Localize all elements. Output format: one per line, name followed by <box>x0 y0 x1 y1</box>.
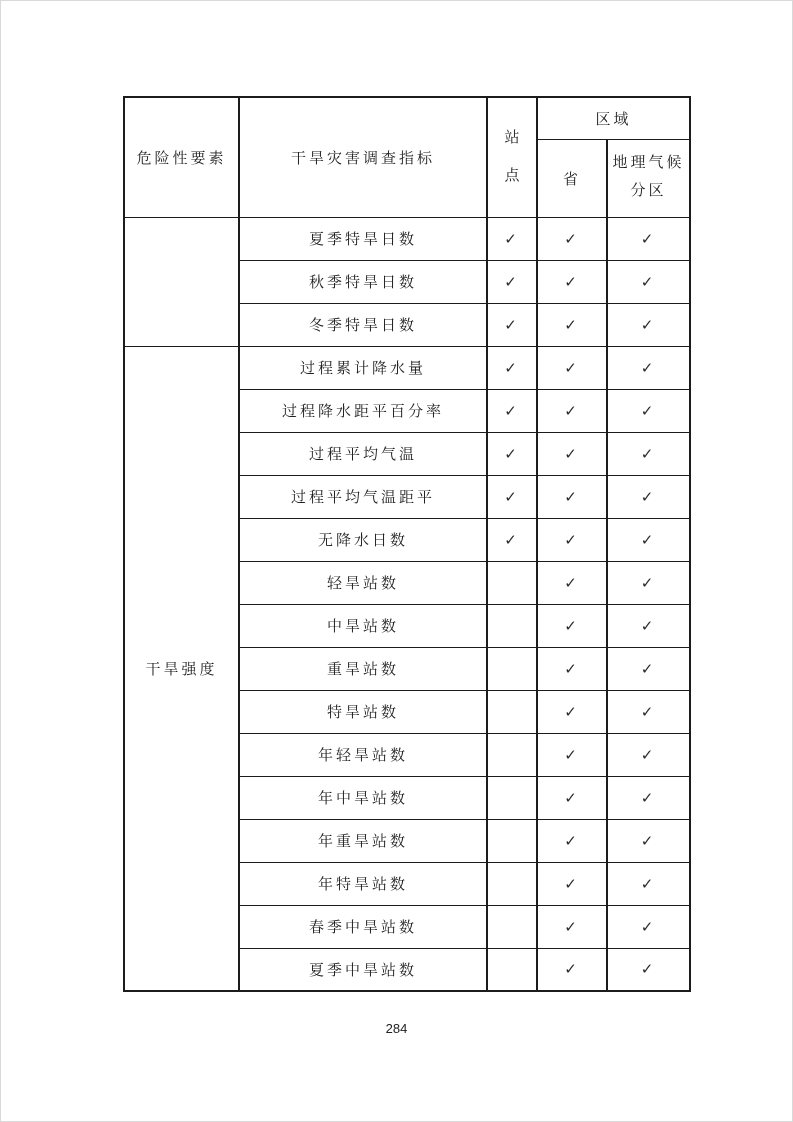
check-icon: ✓ <box>504 402 520 420</box>
indicator-cell: 年特旱站数 <box>239 862 487 905</box>
check-icon: ✓ <box>504 273 520 291</box>
station-check-cell <box>487 819 537 862</box>
station-check-cell: ✓ <box>487 260 537 303</box>
indicator-cell: 特旱站数 <box>239 690 487 733</box>
station-check-cell: ✓ <box>487 346 537 389</box>
check-icon: ✓ <box>504 531 520 549</box>
province-check-cell: ✓ <box>537 948 607 991</box>
hazard-factor-cell <box>124 217 239 346</box>
col-header-region: 区域 <box>537 97 690 139</box>
check-icon: ✓ <box>564 660 580 678</box>
check-icon: ✓ <box>564 316 580 334</box>
document-page: 危险性要素 干旱灾害调查指标 站点 区域 省 地理气候分区 夏季特旱日数✓✓✓秋… <box>0 0 793 1122</box>
station-check-cell <box>487 862 537 905</box>
check-icon: ✓ <box>564 531 580 549</box>
indicator-cell: 夏季特旱日数 <box>239 217 487 260</box>
check-icon: ✓ <box>564 617 580 635</box>
check-icon: ✓ <box>641 789 657 807</box>
check-icon: ✓ <box>564 789 580 807</box>
station-check-cell <box>487 604 537 647</box>
station-check-cell: ✓ <box>487 475 537 518</box>
check-icon: ✓ <box>504 445 520 463</box>
col-header-indicator: 干旱灾害调查指标 <box>239 97 487 217</box>
province-check-cell: ✓ <box>537 346 607 389</box>
check-icon: ✓ <box>641 273 657 291</box>
check-icon: ✓ <box>564 832 580 850</box>
geo-climate-check-cell: ✓ <box>607 561 690 604</box>
province-check-cell: ✓ <box>537 647 607 690</box>
check-icon: ✓ <box>564 359 580 377</box>
check-icon: ✓ <box>641 230 657 248</box>
station-check-cell: ✓ <box>487 217 537 260</box>
check-icon: ✓ <box>564 402 580 420</box>
check-icon: ✓ <box>564 875 580 893</box>
check-icon: ✓ <box>641 531 657 549</box>
geo-climate-check-cell: ✓ <box>607 776 690 819</box>
indicator-cell: 过程平均气温 <box>239 432 487 475</box>
check-icon: ✓ <box>641 746 657 764</box>
indicator-cell: 年重旱站数 <box>239 819 487 862</box>
geo-climate-check-cell: ✓ <box>607 905 690 948</box>
geo-climate-check-cell: ✓ <box>607 733 690 776</box>
province-check-cell: ✓ <box>537 776 607 819</box>
geo-climate-check-cell: ✓ <box>607 819 690 862</box>
station-check-cell <box>487 733 537 776</box>
indicator-cell: 年中旱站数 <box>239 776 487 819</box>
check-icon: ✓ <box>564 960 580 978</box>
header-row-top: 危险性要素 干旱灾害调查指标 站点 区域 <box>124 97 690 139</box>
station-check-cell: ✓ <box>487 303 537 346</box>
station-check-cell: ✓ <box>487 389 537 432</box>
indicator-cell: 年轻旱站数 <box>239 733 487 776</box>
check-icon: ✓ <box>564 703 580 721</box>
geo-climate-check-cell: ✓ <box>607 948 690 991</box>
check-icon: ✓ <box>641 660 657 678</box>
check-icon: ✓ <box>641 359 657 377</box>
table-row: 干旱强度过程累计降水量✓✓✓ <box>124 346 690 389</box>
hazard-factor-cell: 干旱强度 <box>124 346 239 991</box>
check-icon: ✓ <box>641 574 657 592</box>
check-icon: ✓ <box>564 746 580 764</box>
indicator-cell: 中旱站数 <box>239 604 487 647</box>
check-icon: ✓ <box>564 230 580 248</box>
check-icon: ✓ <box>641 832 657 850</box>
check-icon: ✓ <box>641 445 657 463</box>
province-check-cell: ✓ <box>537 690 607 733</box>
geo-climate-check-cell: ✓ <box>607 217 690 260</box>
check-icon: ✓ <box>641 402 657 420</box>
col-header-hazard-factor: 危险性要素 <box>124 97 239 217</box>
check-icon: ✓ <box>504 316 520 334</box>
indicator-cell: 春季中旱站数 <box>239 905 487 948</box>
drought-indicator-table: 危险性要素 干旱灾害调查指标 站点 区域 省 地理气候分区 夏季特旱日数✓✓✓秋… <box>123 96 691 992</box>
check-icon: ✓ <box>564 918 580 936</box>
station-check-cell <box>487 776 537 819</box>
page-number: 284 <box>1 1021 792 1036</box>
check-icon: ✓ <box>641 960 657 978</box>
station-check-cell: ✓ <box>487 518 537 561</box>
check-icon: ✓ <box>641 617 657 635</box>
indicator-cell: 过程累计降水量 <box>239 346 487 389</box>
geo-climate-check-cell: ✓ <box>607 475 690 518</box>
station-check-cell <box>487 690 537 733</box>
province-check-cell: ✓ <box>537 604 607 647</box>
check-icon: ✓ <box>504 488 520 506</box>
province-check-cell: ✓ <box>537 260 607 303</box>
geo-climate-check-cell: ✓ <box>607 389 690 432</box>
province-check-cell: ✓ <box>537 518 607 561</box>
province-check-cell: ✓ <box>537 819 607 862</box>
province-check-cell: ✓ <box>537 905 607 948</box>
geo-climate-check-cell: ✓ <box>607 432 690 475</box>
check-icon: ✓ <box>641 316 657 334</box>
check-icon: ✓ <box>564 445 580 463</box>
province-check-cell: ✓ <box>537 217 607 260</box>
indicator-cell: 秋季特旱日数 <box>239 260 487 303</box>
indicator-cell: 夏季中旱站数 <box>239 948 487 991</box>
table-header: 危险性要素 干旱灾害调查指标 站点 区域 省 地理气候分区 <box>124 97 690 217</box>
province-check-cell: ✓ <box>537 432 607 475</box>
province-check-cell: ✓ <box>537 475 607 518</box>
station-check-cell: ✓ <box>487 432 537 475</box>
station-check-cell <box>487 905 537 948</box>
geo-climate-check-cell: ✓ <box>607 303 690 346</box>
indicator-cell: 冬季特旱日数 <box>239 303 487 346</box>
geo-climate-check-cell: ✓ <box>607 862 690 905</box>
geo-climate-check-cell: ✓ <box>607 260 690 303</box>
station-header-label: 站点 <box>504 119 520 196</box>
station-check-cell <box>487 561 537 604</box>
indicator-cell: 轻旱站数 <box>239 561 487 604</box>
check-icon: ✓ <box>564 488 580 506</box>
province-check-cell: ✓ <box>537 862 607 905</box>
geo-climate-check-cell: ✓ <box>607 346 690 389</box>
geo-climate-check-cell: ✓ <box>607 604 690 647</box>
province-check-cell: ✓ <box>537 303 607 346</box>
geo-climate-check-cell: ✓ <box>607 518 690 561</box>
check-icon: ✓ <box>564 273 580 291</box>
table-row: 夏季特旱日数✓✓✓ <box>124 217 690 260</box>
check-icon: ✓ <box>564 574 580 592</box>
check-icon: ✓ <box>641 875 657 893</box>
check-icon: ✓ <box>504 359 520 377</box>
indicator-cell: 过程降水距平百分率 <box>239 389 487 432</box>
indicator-cell: 无降水日数 <box>239 518 487 561</box>
station-check-cell <box>487 948 537 991</box>
province-check-cell: ✓ <box>537 733 607 776</box>
geo-climate-check-cell: ✓ <box>607 690 690 733</box>
check-icon: ✓ <box>641 703 657 721</box>
col-header-geo-climate-zone: 地理气候分区 <box>607 139 690 217</box>
indicator-cell: 过程平均气温距平 <box>239 475 487 518</box>
geo-climate-check-cell: ✓ <box>607 647 690 690</box>
indicator-cell: 重旱站数 <box>239 647 487 690</box>
col-header-province: 省 <box>537 139 607 217</box>
province-check-cell: ✓ <box>537 561 607 604</box>
check-icon: ✓ <box>641 918 657 936</box>
col-header-station: 站点 <box>487 97 537 217</box>
province-check-cell: ✓ <box>537 389 607 432</box>
check-icon: ✓ <box>504 230 520 248</box>
station-check-cell <box>487 647 537 690</box>
table-body: 夏季特旱日数✓✓✓秋季特旱日数✓✓✓冬季特旱日数✓✓✓干旱强度过程累计降水量✓✓… <box>124 217 690 991</box>
check-icon: ✓ <box>641 488 657 506</box>
